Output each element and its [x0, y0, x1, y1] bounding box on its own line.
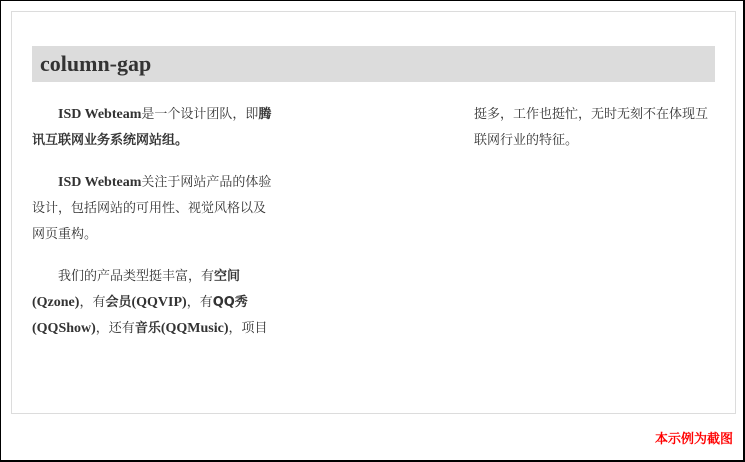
text-part: 是一个设计团队，即 — [141, 107, 258, 122]
text-part: ，还有 — [96, 321, 135, 336]
text-part: ，项目挺多，工作也挺忙，无时无刻不在体现互联网行业的特征。 — [228, 107, 708, 336]
text-part: (QQShow) — [32, 321, 96, 336]
paragraph-2: ISD Webteam关注于网站产品的体验设计，包括网站的可用性、视觉风格以及网… — [32, 170, 273, 248]
demo-box: column-gap ISD Webteam是一个设计团队，即腾讯互联网业务系统… — [11, 11, 736, 414]
screenshot-note: 本示例为截图 — [655, 432, 733, 448]
text-part: ISD Webteam — [58, 107, 141, 122]
text-part: (QQMusic) — [161, 321, 229, 336]
paragraph-1: ISD Webteam是一个设计团队，即腾讯互联网业务系统网站组。 — [32, 102, 273, 154]
text-part: ，有 — [79, 295, 105, 310]
text-part: ，有 — [187, 295, 213, 310]
text-part: 音乐 — [135, 321, 161, 336]
text-part: (Qzone) — [32, 295, 79, 310]
text-part: 空间 — [214, 269, 240, 284]
multi-column-content: ISD Webteam是一个设计团队，即腾讯互联网业务系统网站组。 ISD We… — [32, 102, 715, 392]
text-part: QQ秀 — [213, 295, 248, 310]
text-part: 会员 — [105, 295, 131, 310]
text-part: ISD Webteam — [58, 175, 141, 190]
text-part: 我们的产品类型挺丰富，有 — [58, 269, 214, 284]
text-part: (QQVIP) — [131, 295, 186, 310]
page-title: column-gap — [32, 46, 715, 82]
